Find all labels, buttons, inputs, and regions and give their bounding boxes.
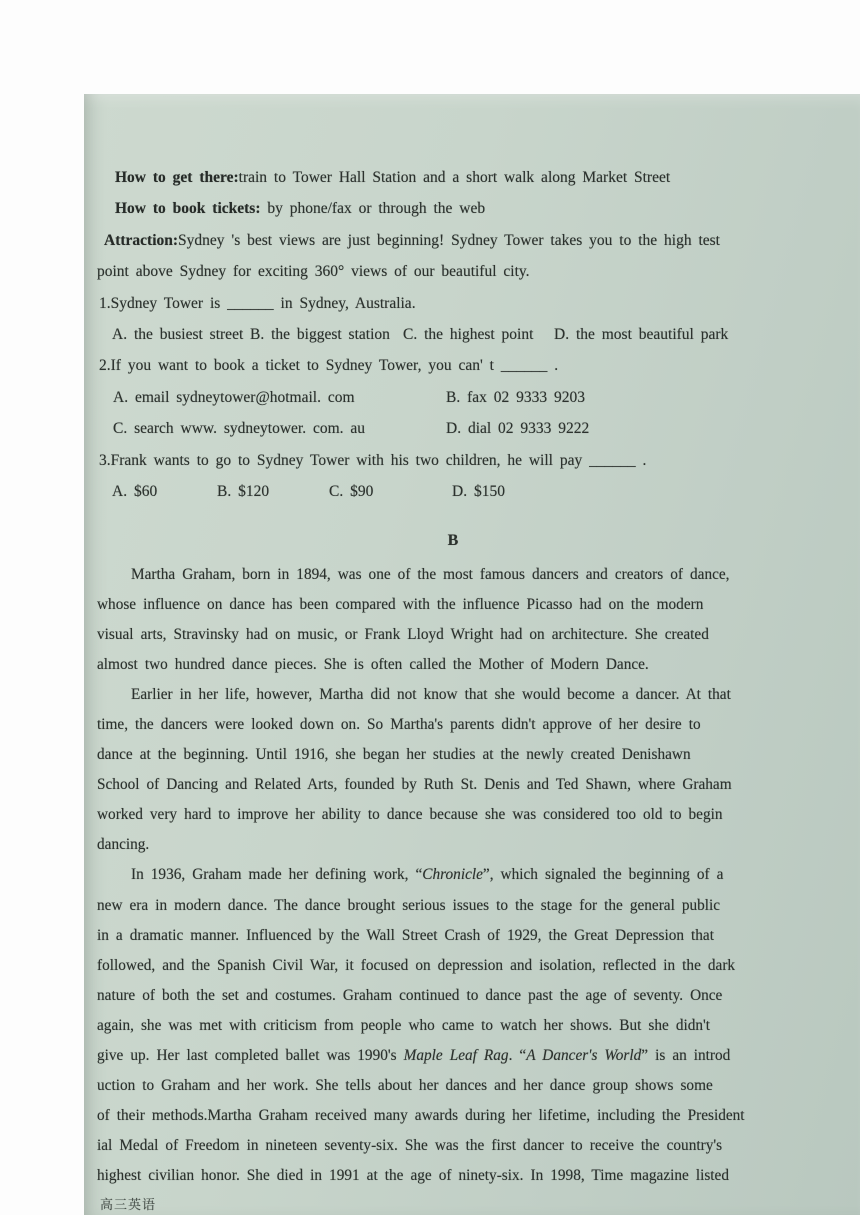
scan-photo-background: ini of di satA. had a great effect on mo… xyxy=(0,0,860,1215)
passage-a-attraction-line2: point above Sydney for exciting 360° vie… xyxy=(97,256,836,287)
passage-line: again, she was met with criticism from p… xyxy=(97,1011,832,1041)
passage-line: ial Medal of Freedom in nineteen seventy… xyxy=(97,1131,832,1161)
passage-line: dance at the beginning. Until 1916, she … xyxy=(97,740,832,770)
question-3-options: A. $60 B. $120 C. $90 D. $150 xyxy=(97,476,836,507)
passage-line: give up. Her last completed ballet was 1… xyxy=(97,1041,832,1071)
get-there-text: train to Tower Hall Station and a short … xyxy=(239,169,671,186)
attraction-text-2: point above Sydney for exciting 360° vie… xyxy=(97,263,530,280)
q3-option-d: D. $150 xyxy=(452,476,505,507)
question-2-options-ab: A. email sydneytower@hotmail. com B. fax… xyxy=(97,382,836,413)
book-tickets-label: How to book tickets: xyxy=(115,200,260,217)
passage-a-attraction-line1: Attraction:Sydney 's best views are just… xyxy=(97,225,836,256)
passage-line: nature of both the set and costumes. Gra… xyxy=(97,981,832,1011)
q3-option-c: C. $90 xyxy=(329,476,373,507)
passage-line: followed, and the Spanish Civil War, it … xyxy=(97,951,832,981)
page-footer: 高三英语 xyxy=(100,1194,156,1213)
q2-option-b: B. fax 02 9333 9203 xyxy=(446,382,585,413)
q3-option-b: B. $120 xyxy=(217,476,269,507)
passage-line: uction to Graham and her work. She tells… xyxy=(97,1071,832,1101)
q1-option-c: C. the highest point xyxy=(403,319,533,350)
question-2-stem: 2.If you want to book a ticket to Sydney… xyxy=(97,350,836,381)
attraction-label: Attraction: xyxy=(104,232,178,249)
question-2-text: 2.If you want to book a ticket to Sydney… xyxy=(99,357,558,374)
get-there-label: How to get there: xyxy=(115,169,239,186)
passage-a-get-there-line: How to get there:train to Tower Hall Sta… xyxy=(97,162,836,193)
q1-option-a: A. the busiest street xyxy=(112,319,243,350)
question-2-options-cd: C. search www. sydneytower. com. au D. d… xyxy=(97,413,836,444)
exam-paper-page: How to get there:train to Tower Hall Sta… xyxy=(84,94,860,1215)
passage-line: Earlier in her life, however, Martha did… xyxy=(97,680,832,710)
q1-option-d: D. the most beautiful park xyxy=(554,319,728,350)
passage-line: visual arts, Stravinsky had on music, or… xyxy=(97,620,832,650)
passage-line: almost two hundred dance pieces. She is … xyxy=(97,650,832,680)
passage-a-section: How to get there:train to Tower Hall Sta… xyxy=(97,162,836,507)
passage-b-section: Martha Graham, born in 1894, was one of … xyxy=(97,560,832,1191)
question-1-text: 1.Sydney Tower is ______ in Sydney, Aust… xyxy=(99,295,416,312)
passage-line: time, the dancers were looked down on. S… xyxy=(97,710,832,740)
attraction-text: Sydney 's best views are just beginning!… xyxy=(178,232,720,249)
q2-option-c: C. search www. sydneytower. com. au xyxy=(113,413,365,444)
passage-line: In 1936, Graham made her defining work, … xyxy=(97,860,832,890)
passage-a-book-line: How to book tickets: by phone/fax or thr… xyxy=(97,193,836,224)
book-tickets-text: by phone/fax or through the web xyxy=(260,200,485,217)
passage-line: worked very hard to improve her ability … xyxy=(97,800,832,830)
q3-option-a: A. $60 xyxy=(112,476,157,507)
question-3-stem: 3.Frank wants to go to Sydney Tower with… xyxy=(97,445,836,476)
question-1-options: A. the busiest street B. the biggest sta… xyxy=(97,319,836,350)
passage-line: School of Dancing and Related Arts, foun… xyxy=(97,770,832,800)
passage-line: highest civilian honor. She died in 1991… xyxy=(97,1161,832,1191)
passage-line: whose influence on dance has been compar… xyxy=(97,590,832,620)
passage-line: of their methods.Martha Graham received … xyxy=(97,1101,832,1131)
q2-option-d: D. dial 02 9333 9222 xyxy=(446,413,589,444)
question-3-text: 3.Frank wants to go to Sydney Tower with… xyxy=(99,452,646,469)
q2-option-a: A. email sydneytower@hotmail. com xyxy=(113,382,355,413)
section-b-heading: B xyxy=(97,532,809,550)
q1-option-b: B. the biggest station xyxy=(250,319,390,350)
question-1-stem: 1.Sydney Tower is ______ in Sydney, Aust… xyxy=(97,288,836,319)
passage-line: in a dramatic manner. Influenced by the … xyxy=(97,921,832,951)
passage-line: dancing. xyxy=(97,830,832,860)
passage-line: Martha Graham, born in 1894, was one of … xyxy=(97,560,832,590)
passage-line: new era in modern dance. The dance broug… xyxy=(97,891,832,921)
